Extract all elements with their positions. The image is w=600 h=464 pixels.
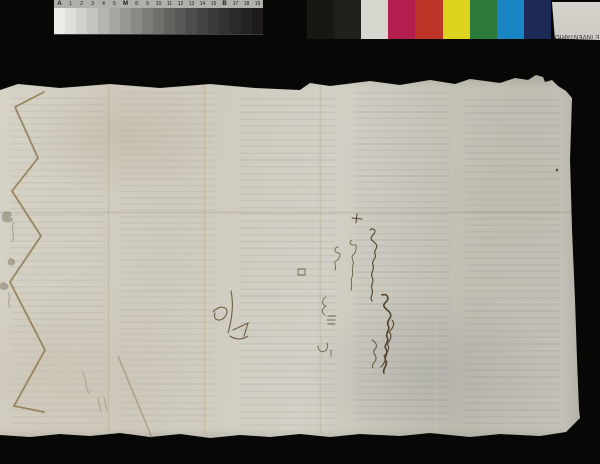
grayscale-patch (241, 8, 252, 34)
grayscale-label: 3 (87, 0, 98, 8)
grayscale-label: 2 (76, 0, 87, 8)
grayscale-patch (54, 8, 65, 34)
grayscale-patch (153, 8, 164, 34)
grayscale-patch (164, 8, 175, 34)
grayscale-label: 5 (109, 0, 120, 8)
grayscale-label: 13 (186, 0, 197, 8)
color-calibration-bar (307, 0, 551, 39)
color-patch-white (361, 0, 388, 39)
grayscale-label: 1 (65, 0, 76, 8)
grayscale-patch (186, 8, 197, 34)
fold-crease (434, 82, 437, 434)
color-patch-cyan (497, 0, 524, 39)
grayscale-label: 15 (208, 0, 219, 8)
grayscale-patch (120, 8, 131, 34)
color-patch-navy (524, 0, 551, 39)
grayscale-label: 12 (175, 0, 186, 8)
grayscale-patch (208, 8, 219, 34)
grayscale-label: A (54, 0, 65, 8)
grayscale-label: 17 (230, 0, 241, 8)
grayscale-patch (98, 8, 109, 34)
color-patch-red (415, 0, 442, 39)
color-patch-black-1 (307, 0, 334, 39)
grayscale-label: 9 (142, 0, 153, 8)
grayscale-patch (230, 8, 241, 34)
grayscale-label: 10 (153, 0, 164, 8)
color-patch-magenta (388, 0, 415, 39)
fold-crease (203, 82, 206, 434)
fold-crease (107, 82, 110, 434)
grayscale-label: 19 (252, 0, 263, 8)
fold-crease (319, 82, 322, 434)
grayscale-patches (54, 8, 263, 34)
photograph-of-manuscript: { "window": { "width": 600, "height": 46… (0, 0, 600, 464)
color-patch-green (470, 0, 497, 39)
grayscale-patch (142, 8, 153, 34)
grayscale-patch (109, 8, 120, 34)
color-patch-black-2 (334, 0, 361, 39)
grayscale-patch (65, 8, 76, 34)
grayscale-label: 11 (164, 0, 175, 8)
grayscale-label: B (219, 0, 230, 8)
grayscale-patch (219, 8, 230, 34)
manuscript-paper (0, 74, 582, 440)
grayscale-label: 14 (197, 0, 208, 8)
grayscale-label: 4 (98, 0, 109, 8)
inventory-card-label: E INVENTARIO: (552, 33, 600, 39)
grayscale-label: M (120, 0, 131, 8)
grayscale-patch (197, 8, 208, 34)
grayscale-labels: A12345M89101112131415B171819 (54, 0, 263, 8)
grayscale-patch (131, 8, 142, 34)
inventory-card: E INVENTARIO: (552, 2, 600, 40)
grayscale-label: 8 (131, 0, 142, 8)
grayscale-patch (175, 8, 186, 34)
grayscale-patch (76, 8, 87, 34)
grayscale-patch (87, 8, 98, 34)
grayscale-calibration-bar: A12345M89101112131415B171819 (54, 0, 263, 35)
grayscale-patch (252, 8, 263, 34)
grayscale-label: 18 (241, 0, 252, 8)
fold-crease-horizontal (0, 211, 582, 214)
color-patch-yellow (443, 0, 470, 39)
